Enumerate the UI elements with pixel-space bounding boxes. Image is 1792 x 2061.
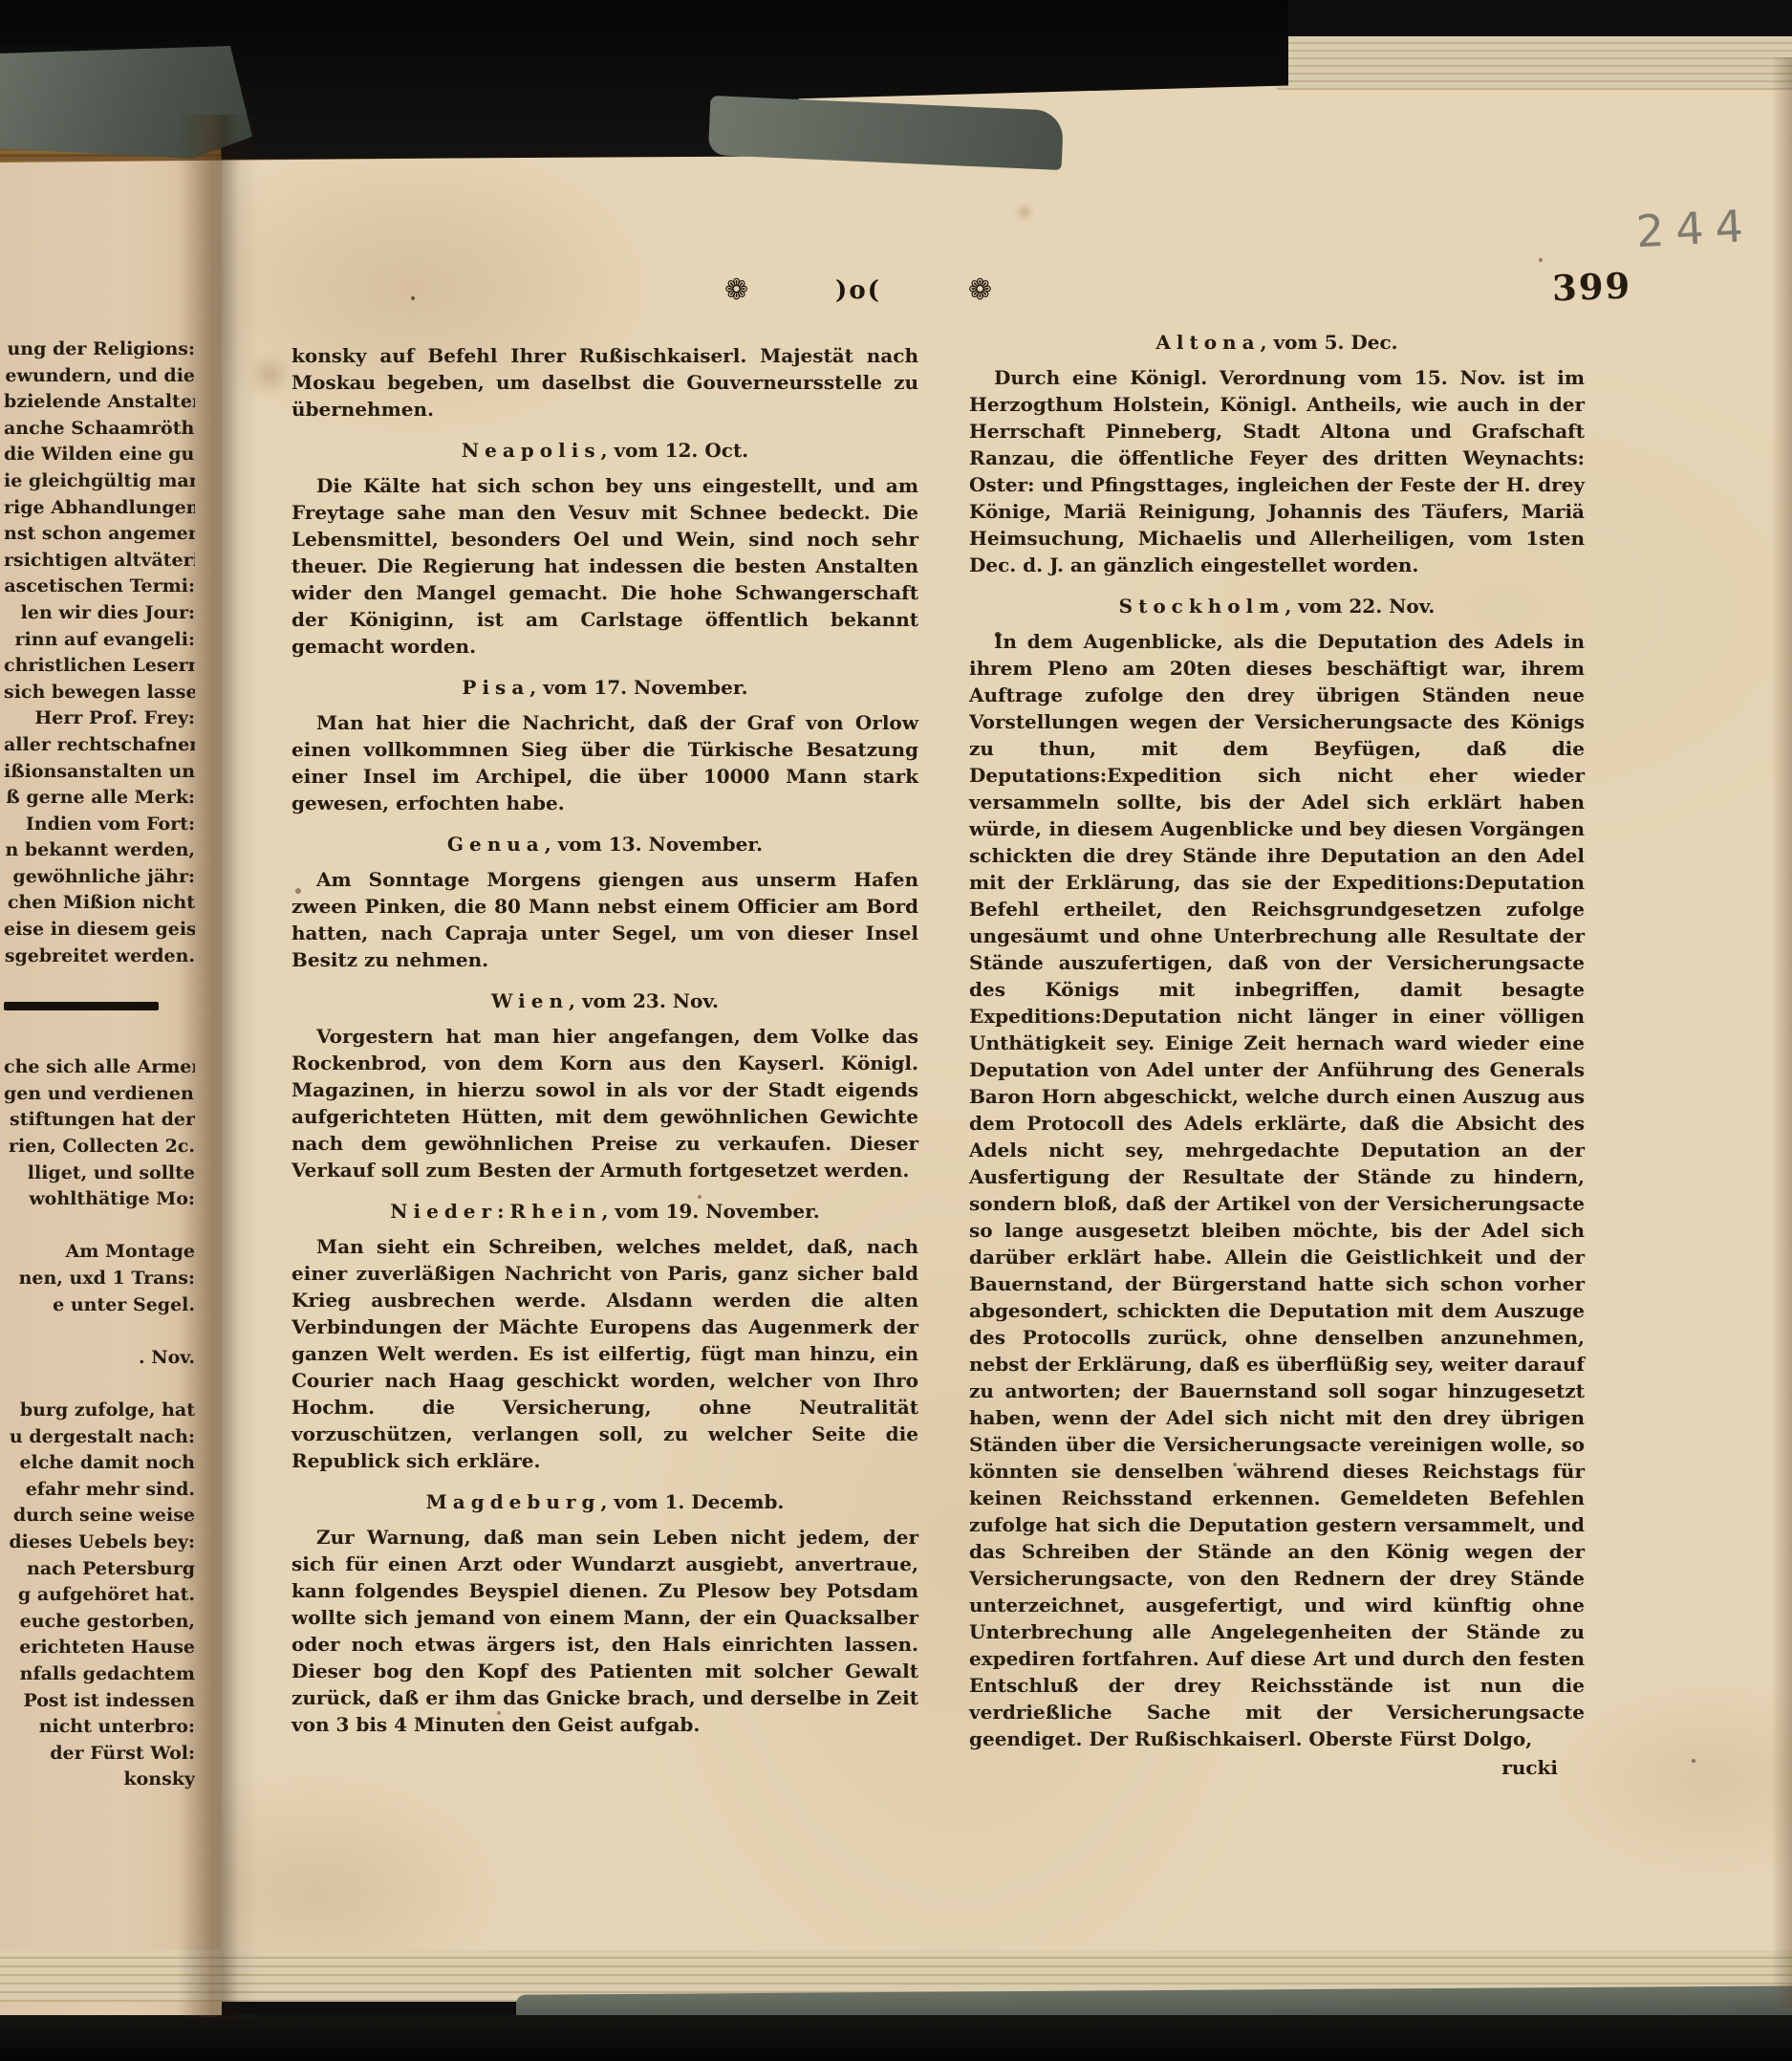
fragment-line: anche Schaamröthe [4,416,195,443]
fragment-line: che sich alle Armen [4,1054,195,1081]
dateline-city: Nieder:Rhein [390,1200,601,1223]
article-genua: Genua, vom 13. November. Am Sonntage Mor… [291,831,918,973]
fragment-line: gewöhnliche jähr: [4,864,195,891]
article-wien: Wien, vom 23. Nov. Vorgestern hat man hi… [291,987,918,1183]
fragment-line: durch seine weise [4,1503,195,1529]
article-headline: Nieder:Rhein, vom 19. November. [291,1198,918,1225]
pencil-folio-number: 244 [1635,200,1756,257]
article-body: Man hat hier die Nachricht, daß der Graf… [291,709,918,816]
article-pisa: Pisa, vom 17. November. Man hat hier die… [291,674,918,816]
dateline-city: Stockholm [1119,595,1285,618]
fragment-line: dieses Uebels bey: [4,1529,195,1556]
fragment-line: g aufgehöret hat. [4,1582,195,1609]
fragment-line: n bekannt werden, [4,837,195,864]
article-magdeburg: Magdeburg, vom 1. Decemb. Zur Warnung, d… [291,1488,918,1738]
column-middle: konsky auf Befehl Ihrer Rußischkaiserl. … [291,342,918,1738]
fragment-line: nicht unterbro: [4,1714,195,1741]
fragment-line: rinn auf evangeli: [4,627,195,654]
dateline-date: , vom 17. November. [529,676,747,699]
fragment-line: Indien vom Fort: [4,812,195,838]
fragment-line: u dergestalt nach: [4,1424,195,1451]
fragment-line: . Nov. [4,1345,195,1372]
dateline-date: , vom 22. Nov. [1285,595,1435,618]
fragment-lines-top: ung der Religions:ewundern, und diebziel… [4,336,195,969]
fleuron-icon: ❁ [968,273,992,307]
fragment-line: len wir dies Jour: [4,600,195,627]
article-headline: Genua, vom 13. November. [291,831,918,857]
fragment-line: sgebreitet werden. [4,944,195,970]
fragment-line: christlichen Lesern, [4,653,195,680]
dateline-city: Altona [1155,331,1260,354]
dateline-city: Wien [491,989,569,1012]
article-headline: Pisa, vom 17. November. [291,674,918,701]
fragment-line: ißionsanstalten un: [4,759,195,786]
fragment-line: ewundern, und die [4,363,195,390]
article-nieder-rhein: Nieder:Rhein, vom 19. November. Man sieh… [291,1198,918,1474]
fragment-line: gen und verdienen. [4,1081,195,1108]
dateline-date: , vom 12. Oct. [601,439,749,462]
fragment-line: wohlthätige Mo: [4,1186,195,1213]
fragment-line: ie gleichgültig man [4,468,195,495]
dateline-date: , vom 13. November. [545,833,763,856]
fragment-line: nach Petersburg [4,1556,195,1583]
paper-specks [411,296,415,300]
dateline-city: Pisa [462,676,529,699]
dateline-date: , vom 19. November. [601,1200,819,1223]
article-neapolis: Neapolis, vom 12. Oct. Die Kälte hat sic… [291,437,918,660]
fragment-line [4,1318,195,1345]
article-headline: Wien, vom 23. Nov. [291,987,918,1014]
article-body: Am Sonntage Morgens giengen aus unserm H… [291,866,918,973]
article-body: Man sieht ein Schreiben, welches meldet,… [291,1233,918,1474]
fragment-line: elche damit noch [4,1450,195,1477]
article-headline: Magdeburg, vom 1. Decemb. [291,1488,918,1515]
fragment-line: ascetischen Termi: [4,574,195,600]
fragment-line: nst schon angemerkt [4,521,195,548]
fragment-line: aller rechtschafnen [4,732,195,759]
page-right-edge-shadow [1771,57,1792,2007]
fragment-line: Post ist indessen [4,1688,195,1715]
fragment-line: sich bewegen lasse, [4,680,195,706]
fragment-line: nfalls gedachtem [4,1661,195,1688]
fragment-lines-bottom: che sich alle Armengen und verdienen.sti… [4,1054,195,1793]
article-body: Vorgestern hat man hier angefangen, dem … [291,1023,918,1183]
fragment-line: die Wilden eine gu: [4,442,195,468]
facing-page-text-fragment: ung der Religions:ewundern, und diebziel… [4,336,195,1793]
article-body: Zur Warnung, daß man sein Leben nicht je… [291,1524,918,1738]
column-right: Altona, vom 5. Dec. Durch eine Königl. V… [969,329,1585,1781]
fragment-line [4,1213,195,1240]
article-body: Durch eine Königl. Verordnung vom 15. No… [969,364,1585,578]
fragment-line: eise in diesem geist: [4,917,195,944]
dateline-date: , vom 5. Dec. [1261,331,1398,354]
fragment-line: konsky [4,1767,195,1793]
fragment-line: efahr mehr sind. [4,1477,195,1504]
fragment-line: rige Abhandlungen [4,495,195,522]
article-body: Die Kälte hat sich schon bey uns eingest… [291,472,918,660]
catchword: rucki [969,1754,1585,1781]
fragment-line: rsichtigen altväteri: [4,548,195,575]
dateline-date: , vom 23. Nov. [569,989,719,1012]
fragment-line: chen Mißion nicht [4,890,195,917]
article-headline: Neapolis, vom 12. Oct. [291,437,918,464]
fragment-line: rien, Collecten 2c. [4,1134,195,1161]
continuation-paragraph: konsky auf Befehl Ihrer Rußischkaiserl. … [291,342,918,423]
scanned-book-page: ❁ )o( ❁ 399 244 ung der Religions:ewunde… [0,0,1792,2061]
dateline-date: , vom 1. Decemb. [600,1490,784,1513]
header-divider-mark: )o( [835,276,881,305]
article-altona: Altona, vom 5. Dec. Durch eine Königl. V… [969,329,1585,578]
fragment-line: ung der Religions: [4,336,195,363]
fragment-line: nen, uxd 1 Trans: [4,1266,195,1292]
fragment-line: erichteten Hause [4,1635,195,1661]
article-headline: Altona, vom 5. Dec. [969,329,1585,356]
page-number: 399 [1551,265,1632,310]
fragment-line: burg zufolge, hat [4,1398,195,1424]
fragment-line: der Fürst Wol: [4,1741,195,1768]
fragment-line: e unter Segel. [4,1292,195,1319]
fragment-line: stiftungen hat der [4,1107,195,1134]
dateline-city: Genua [447,833,545,856]
fragment-line: Herr Prof. Frey: [4,705,195,732]
fragment-line: bzielende Anstalten [4,389,195,416]
section-rule [4,1002,159,1010]
dateline-city: Neapolis [462,439,601,462]
fragment-line: Am Montage [4,1239,195,1266]
fragment-line: euche gestorben, [4,1609,195,1636]
book-cover-bottom [0,2015,1792,2061]
article-stockholm: Stockholm, vom 22. Nov. In dem Augenblic… [969,593,1585,1752]
article-headline: Stockholm, vom 22. Nov. [969,593,1585,619]
fragment-line: ß gerne alle Merk: [4,785,195,812]
dateline-city: Magdeburg [426,1490,601,1513]
fragment-line [4,1371,195,1398]
stacked-pages-top-edge [1277,36,1792,90]
fleuron-icon: ❁ [724,273,748,307]
header-ornaments: ❁ )o( ❁ [724,273,992,307]
article-body: In dem Augenblicke, als die Deputation d… [969,628,1585,1752]
fragment-line: lliget, und sollte [4,1161,195,1187]
